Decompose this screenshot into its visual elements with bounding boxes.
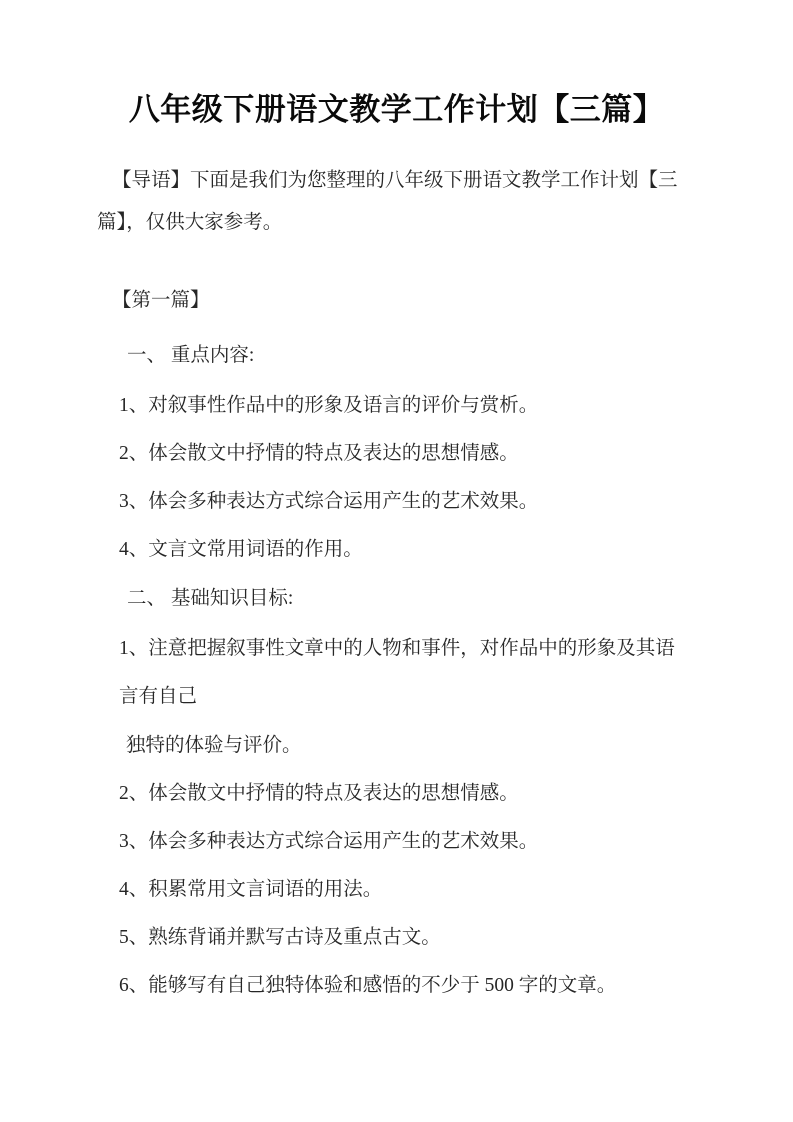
intro-paragraph-line-2: 篇】，仅供大家参考。: [97, 210, 282, 236]
list-item: 2、体会散文中抒情的特点及表达的思想情感。: [119, 441, 519, 467]
section-heading-first-part: 【第一篇】: [112, 288, 210, 314]
list-item: 4、文言文常用词语的作用。: [119, 537, 363, 563]
intro-paragraph-line-1: 【导语】下面是我们为您整理的八年级下册语文教学工作计划【三: [112, 168, 678, 194]
subsection-heading-key-content: 一、 重点内容:: [127, 343, 254, 369]
list-item: 4、积累常用文言词语的用法。: [119, 877, 382, 903]
list-item: 2、体会散文中抒情的特点及表达的思想情感。: [119, 781, 519, 807]
list-item: 1、对叙事性作品中的形象及语言的评价与赏析。: [119, 393, 538, 419]
list-item-line-2: 言有自己: [119, 684, 197, 710]
list-item-line-1: 1、注意把握叙事性文章中的人物和事件，对作品中的形象及其语: [119, 636, 675, 662]
paragraph-line: 独特的体验与评价。: [126, 733, 302, 759]
document-page: 八年级下册语文教学工作计划【三篇】 【导语】下面是我们为您整理的八年级下册语文教…: [0, 0, 793, 1122]
list-item: 6、能够写有自己独特体验和感悟的不少于 500 字的文章。: [119, 973, 616, 999]
list-item: 3、体会多种表达方式综合运用产生的艺术效果。: [119, 829, 538, 855]
document-title: 八年级下册语文教学工作计划【三篇】: [0, 84, 793, 129]
list-item: 5、熟练背诵并默写古诗及重点古文。: [119, 925, 441, 951]
subsection-heading-basic-knowledge-goals: 二、 基础知识目标:: [127, 586, 293, 612]
list-item: 3、体会多种表达方式综合运用产生的艺术效果。: [119, 489, 538, 515]
